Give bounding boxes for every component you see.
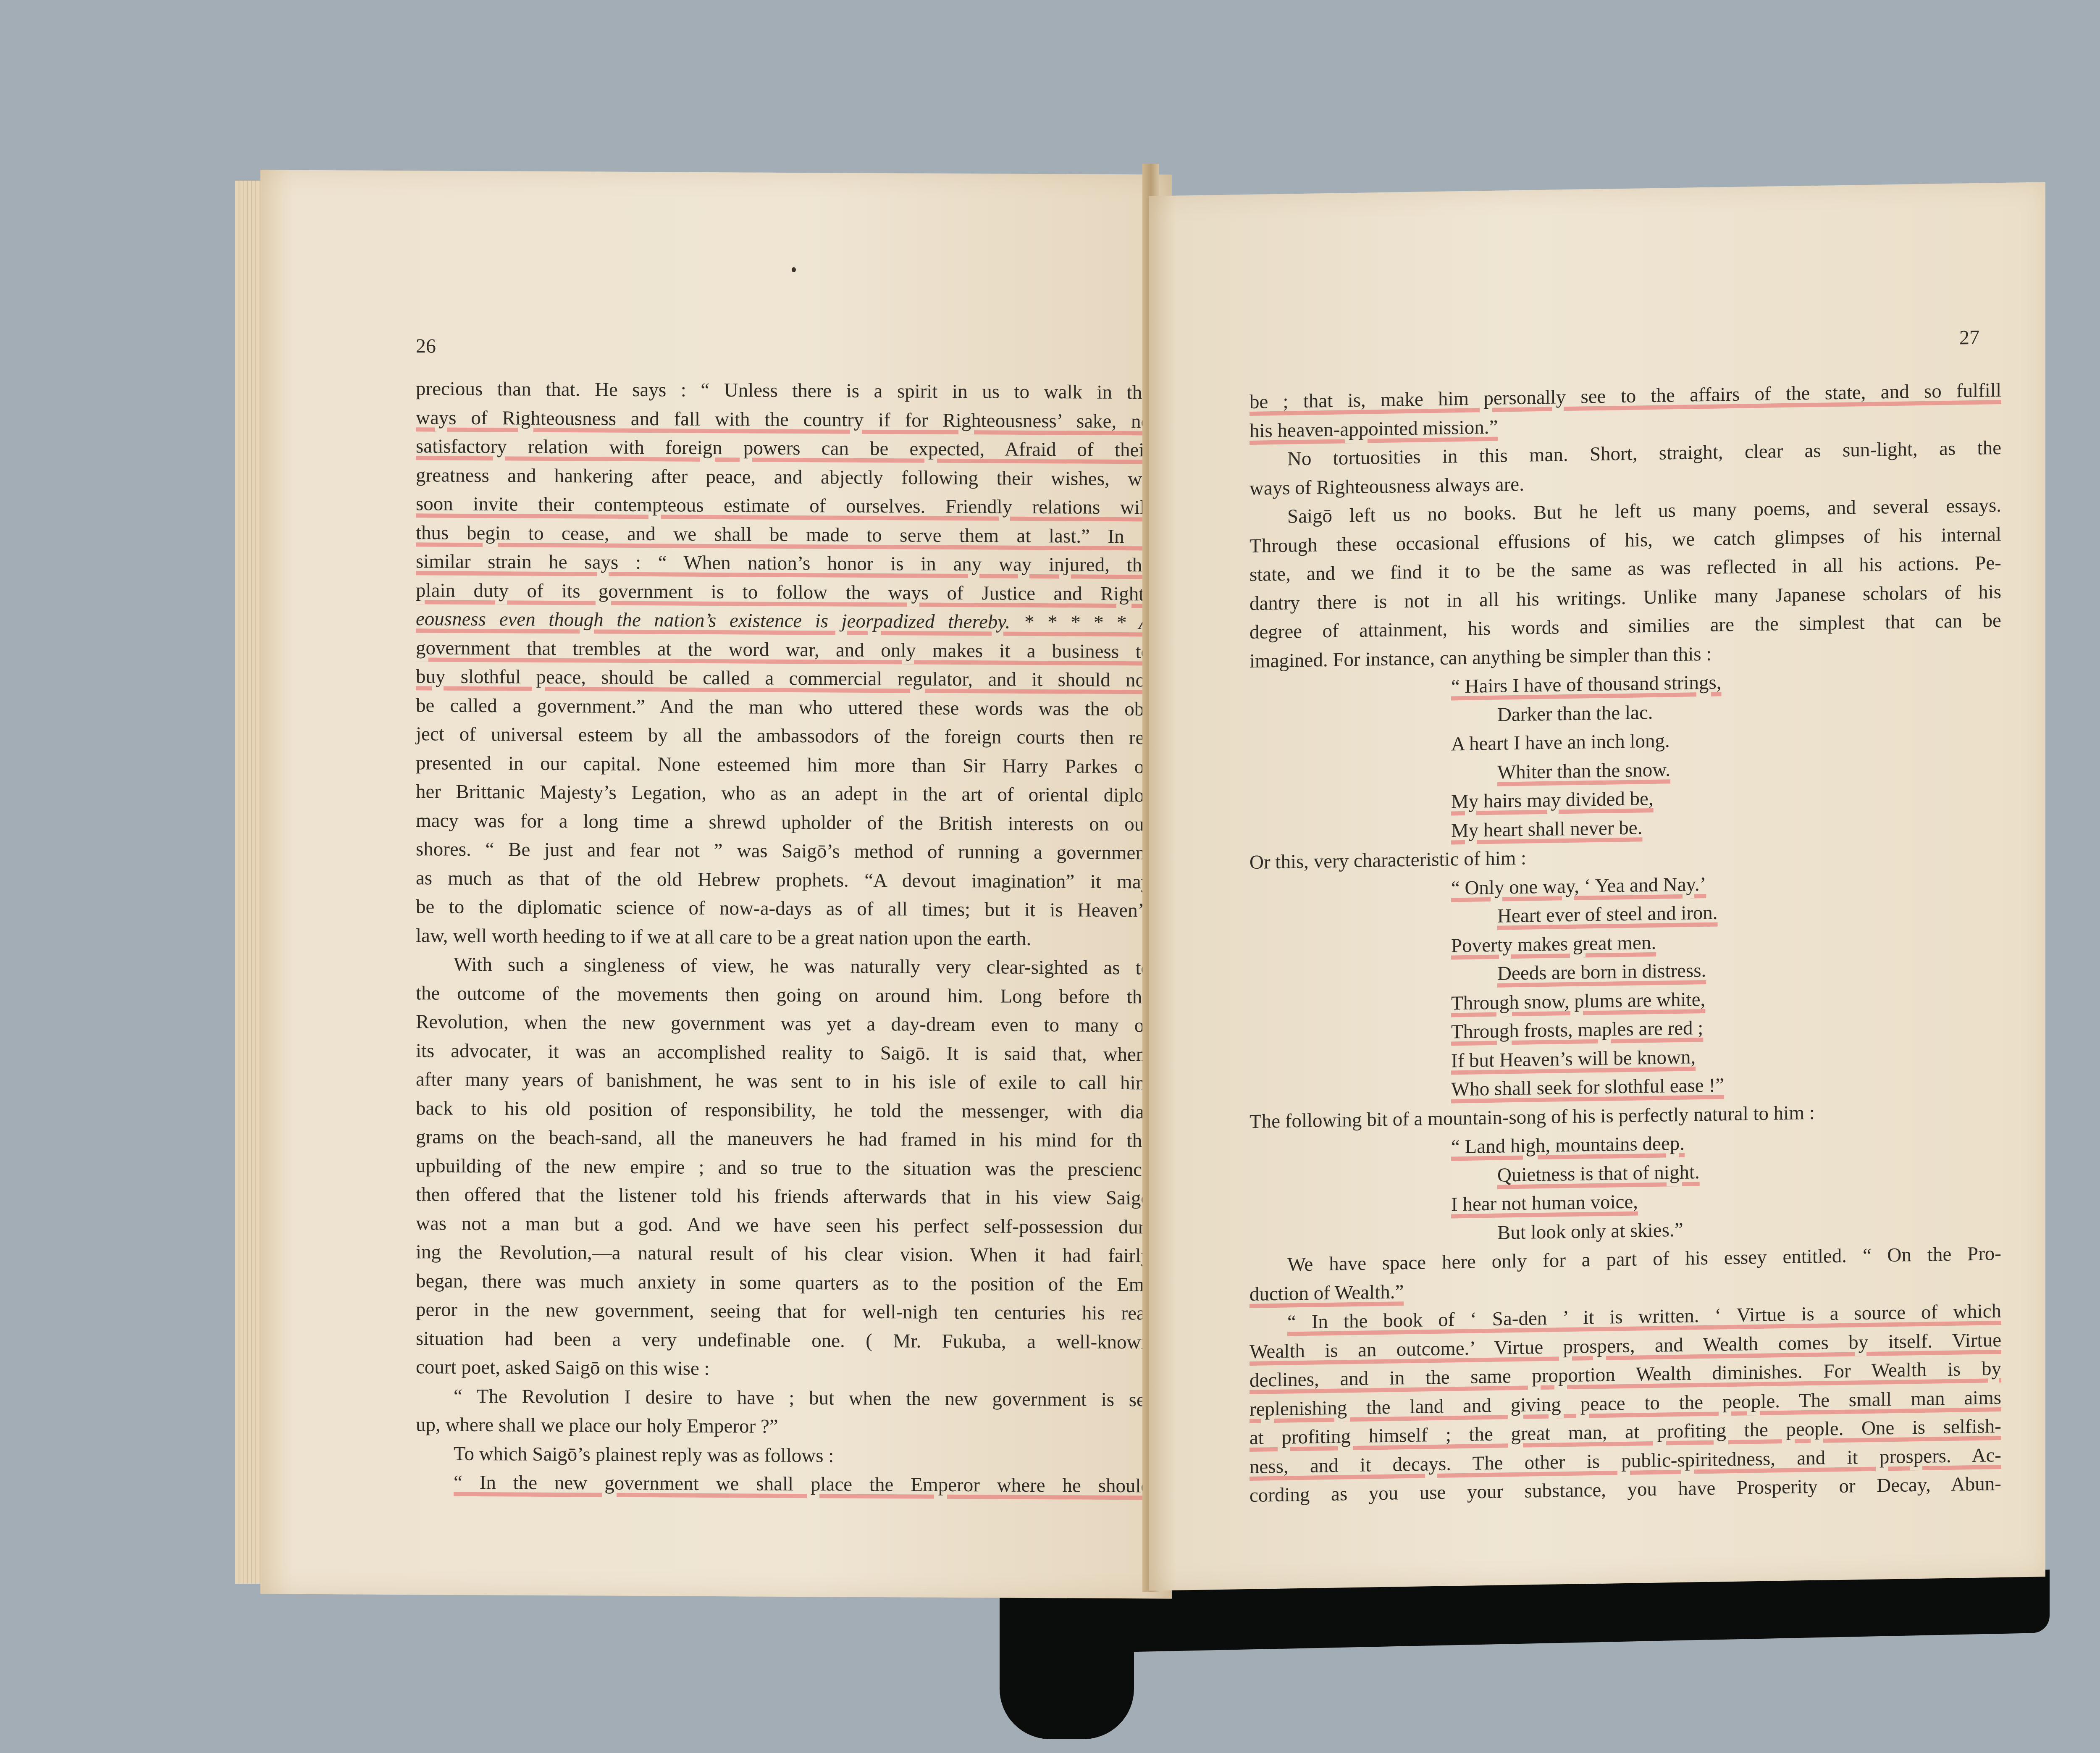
text-line: court poet, asked Saigō on this wise :: [416, 1353, 1151, 1385]
text-line: satisfactory relation with foreign power…: [416, 432, 1151, 465]
right-page: 27 be ; that is, make him personally see…: [1149, 182, 2045, 1591]
text-line: situation had been a very undefinable on…: [416, 1324, 1151, 1357]
text-line: then offered that the listener told his …: [416, 1180, 1151, 1213]
text-line: ject of universal esteem by all the amba…: [416, 720, 1151, 752]
text-line: the outcome of the movements then going …: [416, 979, 1151, 1012]
text-line: began, there was much anxiety in some qu…: [416, 1267, 1151, 1299]
text-line: government that trembles at the word war…: [416, 633, 1151, 666]
open-book: 26 precious than that. He says : “ Unles…: [235, 147, 2050, 1617]
text-line: shores. “ Be just and fear not ” was Sai…: [416, 835, 1151, 867]
text-line: peror in the new government, seeing that…: [416, 1295, 1151, 1328]
text-line: its advocater, it was an accomplished re…: [416, 1036, 1151, 1069]
text-line: “ In the new government we shall place t…: [416, 1468, 1151, 1501]
text-line: similar strain he says : “ When nation’s…: [416, 547, 1151, 580]
text-line: greatness and hankering after peace, and…: [416, 461, 1151, 494]
text-line: ways of Righteousness and fall with the …: [416, 403, 1151, 436]
page-number-left: 26: [416, 334, 436, 357]
text-line: up, where shall we place our holy Empero…: [416, 1410, 1151, 1443]
text-line: Revolution, when the new government was …: [416, 1007, 1151, 1040]
text-line: buy slothful peace, should be called a c…: [416, 662, 1151, 695]
text-line: grams on the beach-sand, all the maneuve…: [416, 1122, 1151, 1155]
text-line: her Brittanic Majesty’s Legation, who as…: [416, 777, 1151, 810]
ink-speck: [792, 267, 796, 272]
text-line: upbuilding of the new empire ; and so tr…: [416, 1151, 1151, 1184]
text-line: as much as that of the old Hebrew prophe…: [416, 864, 1151, 896]
page-number-right: 27: [1959, 326, 1979, 350]
text-line: was not a man but a god. And we have see…: [416, 1209, 1151, 1242]
right-page-body: be ; that is, make him personally see to…: [1249, 376, 2001, 1510]
text-line: “ The Revolution I desire to have ; but …: [416, 1382, 1151, 1414]
text-line: plain duty of its government is to follo…: [416, 576, 1151, 609]
text-line: soon invite their contempteous estimate …: [416, 489, 1151, 522]
text-line: back to his old position of responsibili…: [416, 1094, 1151, 1127]
text-line: be to the diplomatic science of now-a-da…: [416, 892, 1151, 925]
text-line: presented in our capital. None esteemed …: [416, 749, 1151, 781]
text-line: precious than that. He says : “ Unless t…: [416, 374, 1151, 407]
text-line: With such a singleness of view, he was n…: [416, 950, 1151, 983]
text-line: macy was for a long time a shrewd uphold…: [416, 806, 1151, 839]
book-shadow-spine: [1000, 1596, 1134, 1739]
text-line: ing the Revolution,—a natural result of …: [416, 1238, 1151, 1270]
text-line: eousness even though the nation’s existe…: [416, 604, 1151, 637]
text-line: thus begin to cease, and we shall be mad…: [416, 518, 1151, 551]
text-line: be called a government.” And the man who…: [416, 691, 1151, 724]
left-page-body: precious than that. He says : “ Unless t…: [416, 374, 1151, 1501]
left-page: 26 precious than that. He says : “ Unles…: [260, 170, 1172, 1598]
text-line: law, well worth heeding to if we at all …: [416, 921, 1151, 954]
text-line: To which Saigō’s plainest reply was as f…: [416, 1439, 1151, 1472]
text-line: after many years of banishment, he was s…: [416, 1065, 1151, 1098]
